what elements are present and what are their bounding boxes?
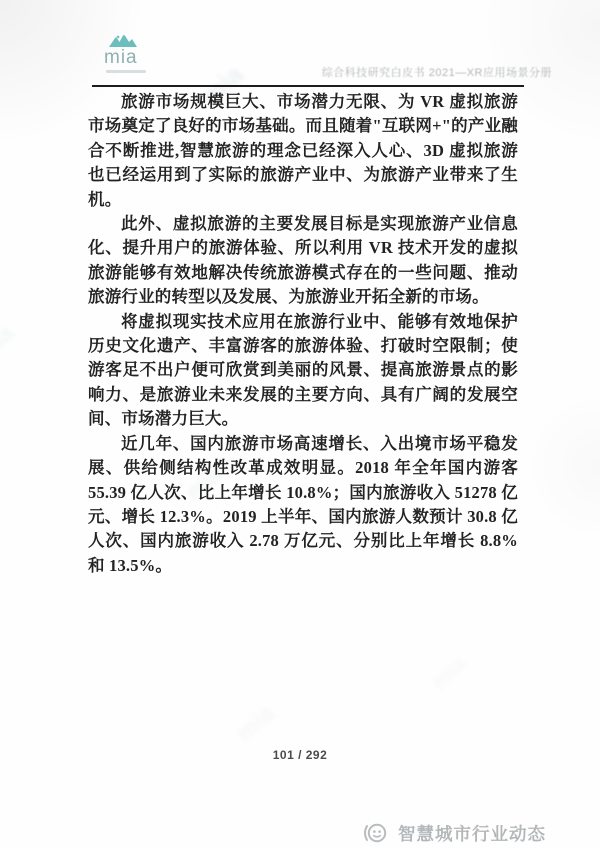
paragraph-market-foundation: 旅游市场规模巨大、市场潜力无限、为 VR 虚拟旅游市场奠定了良好的市场基础。而且…	[88, 90, 518, 212]
paragraph-tourism-statistics: 近几年、国内旅游市场高速增长、入出境市场平稳发展、供给侧结构性改革成效明显。20…	[88, 432, 518, 578]
footer-brand: 智慧城市行业动态	[361, 820, 546, 846]
logo-tagline-line	[106, 70, 146, 73]
mia-logo: mia	[104, 33, 164, 73]
diagonal-watermark: mia	[426, 651, 472, 696]
paragraph-vr-application: 将虚拟现实技术应用在旅游行业中、能够有效地保护历史文化遗产、丰富游客的旅游体验、…	[88, 310, 518, 432]
paragraph-development-goal: 此外、虚拟旅游的主要发展目标是实现旅游产业信息化、提升用户的旅游体验、所以利用 …	[88, 212, 518, 310]
document-header-title: 综合科技研究白皮书 2021—XR应用场景分册	[322, 64, 552, 80]
logo-wordmark: mia	[104, 49, 164, 67]
document-body: 旅游市场规模巨大、市场潜力无限、为 VR 虚拟旅游市场奠定了良好的市场基础。而且…	[88, 90, 518, 578]
footer-account-name: 智慧城市行业动态	[398, 821, 546, 846]
header-divider-rule	[92, 85, 524, 87]
document-page: mia mia mia mia mia mia 综合科技研究白皮书 2021—X…	[0, 0, 600, 848]
diagonal-watermark: mia	[231, 700, 280, 748]
diagonal-watermark: mia	[0, 320, 20, 368]
wechat-account-icon	[361, 820, 391, 846]
page-number: 101 / 292	[0, 748, 600, 762]
